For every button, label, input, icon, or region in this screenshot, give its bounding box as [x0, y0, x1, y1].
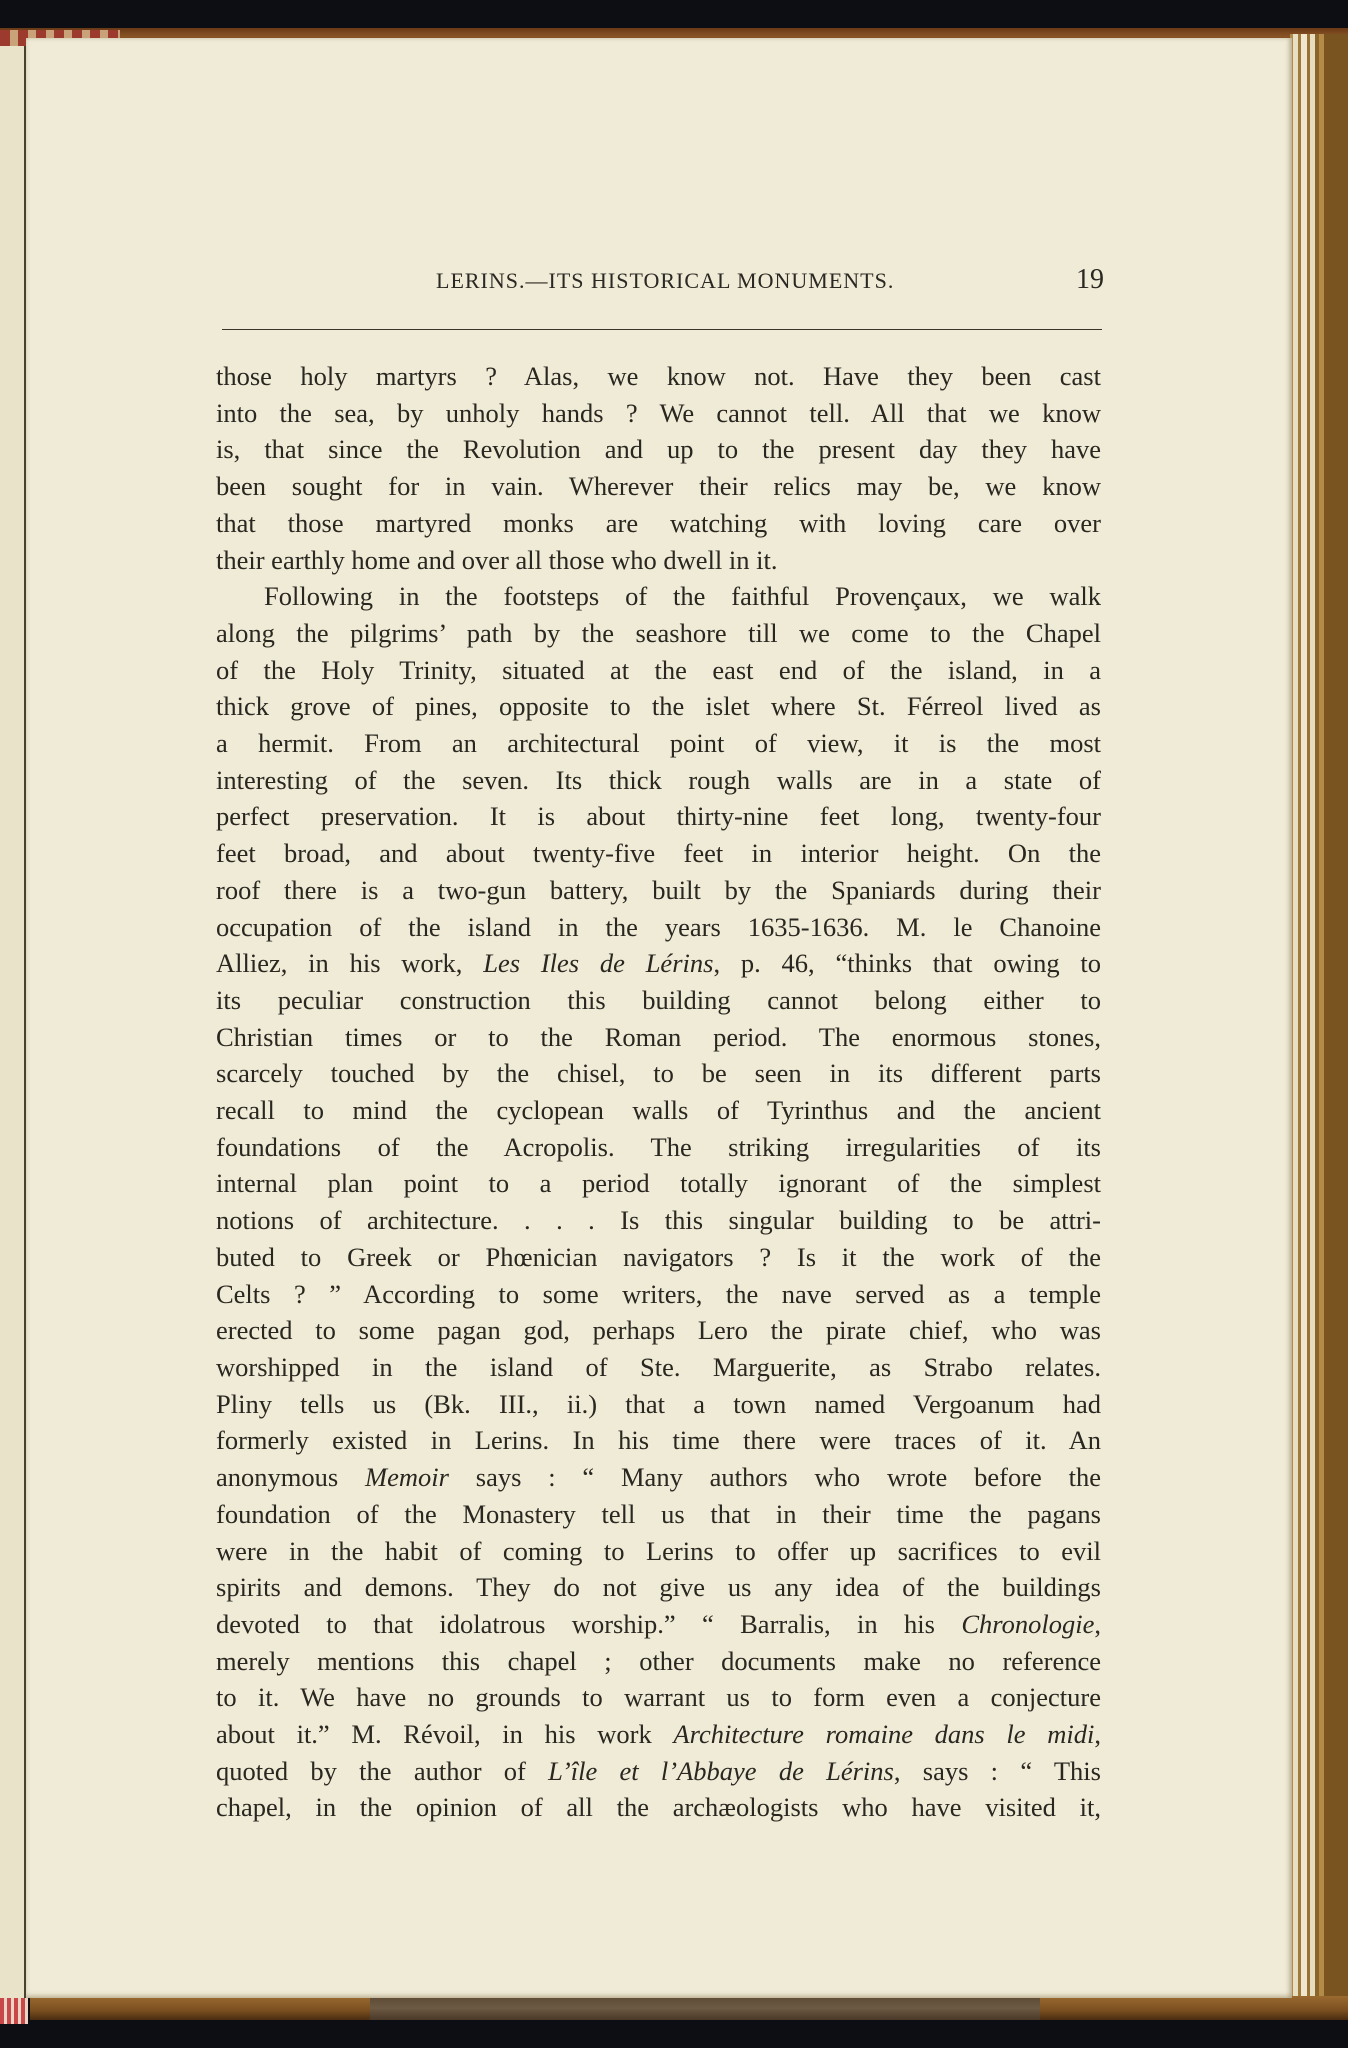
text-segment: , says : “ This — [894, 1756, 1101, 1786]
text-line: notions of architecture. . . . Is this s… — [216, 1202, 1101, 1239]
text-segment: , p. 46, “thinks that owing to — [713, 948, 1101, 978]
text-segment: into the sea, by unholy hands ? We canno… — [216, 398, 1101, 428]
text-line: formerly existed in Lerins. In his time … — [216, 1422, 1101, 1459]
text-segment: those holy martyrs ? Alas, we know not. … — [216, 361, 1101, 391]
text-segment: a hermit. From an architectural point of… — [216, 728, 1101, 758]
text-segment: Christian times or to the Roman period. … — [216, 1022, 1101, 1052]
text-line: perfect preservation. It is about thirty… — [216, 798, 1101, 835]
italic-title: Architecture romaine dans le midi — [673, 1719, 1094, 1749]
text-segment: worshipped in the island of Ste. Marguer… — [216, 1352, 1101, 1382]
text-segment: chapel, in the opinion of all the archæo… — [216, 1792, 1101, 1822]
text-segment: to it. We have no grounds to warrant us … — [216, 1682, 1101, 1712]
text-segment: devoted to that idolatrous worship.” “ B… — [216, 1609, 961, 1639]
text-line: were in the habit of coming to Lerins to… — [216, 1533, 1101, 1570]
text-line: Celts ? ” According to some writers, the… — [216, 1276, 1101, 1313]
page-fore-edge — [1290, 34, 1348, 2009]
text-line: a hermit. From an architectural point of… — [216, 725, 1101, 762]
text-segment: notions of architecture. . . . Is this s… — [216, 1205, 1101, 1235]
text-segment: foundation of the Monastery tell us that… — [216, 1499, 1101, 1529]
text-line: been sought for in vain. Wherever their … — [216, 468, 1101, 505]
text-segment: along the pilgrims’ path by the seashore… — [216, 618, 1101, 648]
text-segment: perfect preservation. It is about thirty… — [216, 801, 1101, 831]
text-segment: of the Holy Trinity, situated at the eas… — [216, 655, 1101, 685]
text-segment: feet broad, and about twenty-five feet i… — [216, 838, 1101, 868]
text-segment: is, that since the Revolution and up to … — [216, 434, 1101, 464]
italic-title: L’île et l’Abbaye de Lérins — [548, 1756, 894, 1786]
italic-title: Chronologie — [961, 1609, 1094, 1639]
text-line: spirits and demons. They do not give us … — [216, 1569, 1101, 1606]
text-segment: , — [1094, 1609, 1101, 1639]
text-segment: , — [1094, 1719, 1101, 1749]
text-line: to it. We have no grounds to warrant us … — [216, 1679, 1101, 1716]
italic-title: Memoir — [365, 1462, 449, 1492]
text-segment: been sought for in vain. Wherever their … — [216, 471, 1101, 501]
text-segment: its peculiar construction this building … — [216, 985, 1101, 1015]
text-segment: their earthly home and over all those wh… — [216, 545, 778, 575]
text-segment: were in the habit of coming to Lerins to… — [216, 1536, 1101, 1566]
text-line: worshipped in the island of Ste. Marguer… — [216, 1349, 1101, 1386]
text-segment: Celts ? ” According to some writers, the… — [216, 1279, 1101, 1309]
text-line: chapel, in the opinion of all the archæo… — [216, 1789, 1101, 1826]
text-segment: thick grove of pines, opposite to the is… — [216, 691, 1101, 721]
text-line: interesting of the seven. Its thick roug… — [216, 762, 1101, 799]
text-line: that those martyred monks are watching w… — [216, 505, 1101, 542]
text-line: foundation of the Monastery tell us that… — [216, 1496, 1101, 1533]
text-segment: spirits and demons. They do not give us … — [216, 1572, 1101, 1602]
text-segment: occupation of the island in the years 16… — [216, 912, 1101, 942]
text-line: of the Holy Trinity, situated at the eas… — [216, 652, 1101, 689]
text-line: Christian times or to the Roman period. … — [216, 1019, 1101, 1056]
text-line: erected to some pagan god, perhaps Lero … — [216, 1312, 1101, 1349]
text-segment: recall to mind the cyclopean walls of Ty… — [216, 1095, 1101, 1125]
text-line: recall to mind the cyclopean walls of Ty… — [216, 1092, 1101, 1129]
text-segment: about it.” M. Révoil, in his work — [216, 1719, 673, 1749]
header-rule — [222, 329, 1102, 330]
text-line: quoted by the author of L’île et l’Abbay… — [216, 1753, 1101, 1790]
body-text: those holy martyrs ? Alas, we know not. … — [216, 358, 1101, 1826]
text-line: Alliez, in his work, Les Iles de Lérins,… — [216, 945, 1101, 982]
text-line: merely mentions this chapel ; other docu… — [216, 1643, 1101, 1680]
text-segment: Alliez, in his work, — [216, 948, 483, 978]
text-line: feet broad, and about twenty-five feet i… — [216, 835, 1101, 872]
facing-page-edge — [0, 46, 26, 1998]
text-segment: scarcely touched by the chisel, to be se… — [216, 1058, 1101, 1088]
text-line: thick grove of pines, opposite to the is… — [216, 688, 1101, 725]
page-number: 19 — [1076, 264, 1104, 296]
text-line: roof there is a two-gun battery, built b… — [216, 872, 1101, 909]
text-segment: Following in the footsteps of the faithf… — [264, 581, 1101, 611]
text-line: into the sea, by unholy hands ? We canno… — [216, 395, 1101, 432]
text-line: buted to Greek or Phœnician navigators ?… — [216, 1239, 1101, 1276]
text-segment: quoted by the author of — [216, 1756, 548, 1786]
text-line: their earthly home and over all those wh… — [216, 542, 1101, 579]
text-line: anonymous Memoir says : “ Many authors w… — [216, 1459, 1101, 1496]
text-line: those holy martyrs ? Alas, we know not. … — [216, 358, 1101, 395]
text-line: Pliny tells us (Bk. III., ii.) that a to… — [216, 1386, 1101, 1423]
italic-title: Les Iles de Lérins — [483, 948, 713, 978]
text-line: internal plan point to a period totally … — [216, 1165, 1101, 1202]
text-segment: merely mentions this chapel ; other docu… — [216, 1646, 1101, 1676]
text-line: devoted to that idolatrous worship.” “ B… — [216, 1606, 1101, 1643]
text-line: is, that since the Revolution and up to … — [216, 431, 1101, 468]
text-line: occupation of the island in the years 16… — [216, 909, 1101, 946]
running-head: LERINS.—ITS HISTORICAL MONUMENTS. — [436, 268, 894, 294]
headband-bottom — [0, 1998, 28, 2024]
book-page: LERINS.—ITS HISTORICAL MONUMENTS. 19 tho… — [26, 38, 1292, 1998]
text-segment: formerly existed in Lerins. In his time … — [216, 1425, 1101, 1455]
text-segment: Pliny tells us (Bk. III., ii.) that a to… — [216, 1389, 1101, 1419]
cover-worn-section — [370, 1996, 1040, 2020]
text-segment: roof there is a two-gun battery, built b… — [216, 875, 1101, 905]
text-segment: internal plan point to a period totally … — [216, 1168, 1101, 1198]
text-line: along the pilgrims’ path by the seashore… — [216, 615, 1101, 652]
text-segment: foundations of the Acropolis. The striki… — [216, 1132, 1101, 1162]
text-segment: that those martyred monks are watching w… — [216, 508, 1101, 538]
text-segment: interesting of the seven. Its thick roug… — [216, 765, 1101, 795]
text-segment: says : “ Many authors who wrote before t… — [449, 1462, 1101, 1492]
text-segment: buted to Greek or Phœnician navigators ?… — [216, 1242, 1101, 1272]
text-line: foundations of the Acropolis. The striki… — [216, 1129, 1101, 1166]
text-line: Following in the footsteps of the faithf… — [216, 578, 1101, 615]
text-line: its peculiar construction this building … — [216, 982, 1101, 1019]
book-cover-bottom-edge — [30, 1996, 1348, 2020]
text-segment: erected to some pagan god, perhaps Lero … — [216, 1315, 1101, 1345]
text-segment: anonymous — [216, 1462, 365, 1492]
text-line: scarcely touched by the chisel, to be se… — [216, 1055, 1101, 1092]
text-line: about it.” M. Révoil, in his work Archit… — [216, 1716, 1101, 1753]
